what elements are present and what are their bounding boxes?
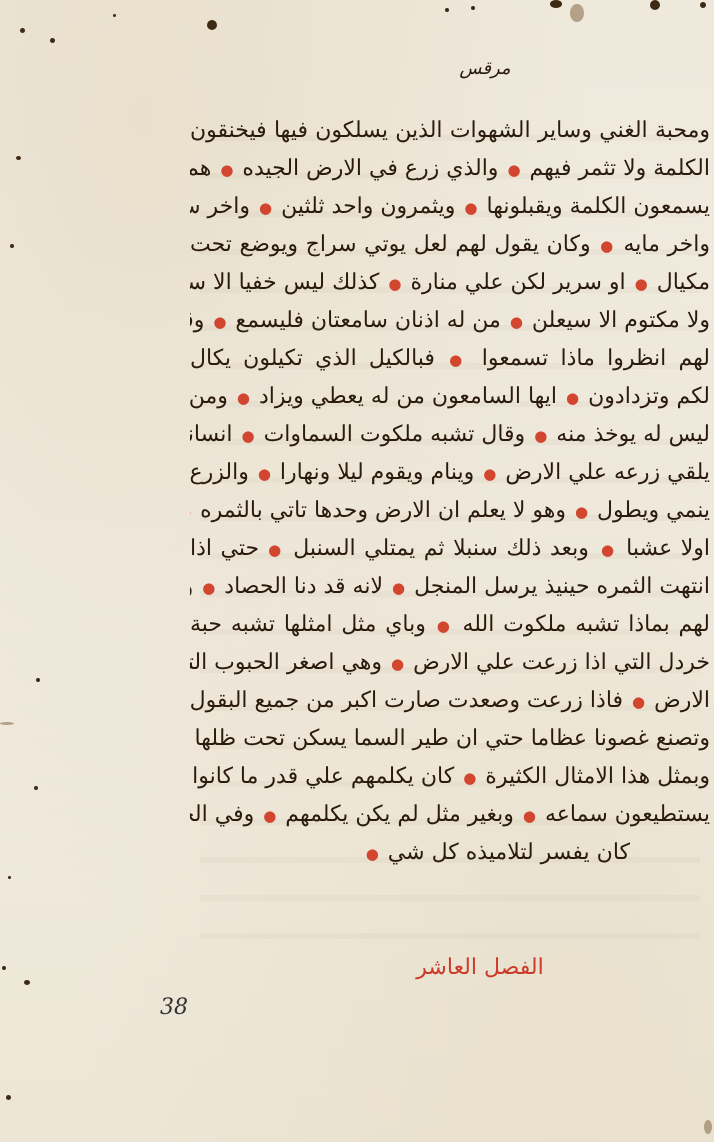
verse-separator-dot: ● <box>218 161 235 179</box>
folio-number: 38 <box>160 995 188 1020</box>
verse-separator-dot: ● <box>462 199 479 217</box>
verse-separator-dot: ● <box>573 503 590 521</box>
ink-speck <box>24 980 30 985</box>
verse-separator-dot: ● <box>442 351 470 369</box>
text-line: وتصنع غصونا عظاما حتي ان طير السما يسكن … <box>190 720 710 758</box>
catchword: مرقس <box>440 58 530 79</box>
manuscript-page: مرقس ومحبة الغني وساير الشهوات الذين يسل… <box>0 0 714 1142</box>
verse-separator-dot: ● <box>386 275 403 293</box>
ink-speck <box>20 28 25 33</box>
ink-speck <box>113 14 116 17</box>
verse-separator-dot: ● <box>390 579 407 597</box>
verse-separator-dot: ● <box>240 427 257 445</box>
text-line: وبمثل هذا الامثال الكثيرة ● كان يكلمهم ع… <box>190 758 710 796</box>
ink-speck <box>8 876 11 879</box>
ink-speck <box>50 38 55 43</box>
verse-separator-dot: ● <box>256 465 273 483</box>
text-line: يسمعون الكلمة ويقبلونها ● ويثمرون واحد ث… <box>190 188 710 226</box>
verse-separator-dot: ● <box>461 769 478 787</box>
paper-stain <box>570 4 584 22</box>
ink-speck <box>16 156 21 160</box>
ink-speck <box>471 6 475 10</box>
verse-separator-dot: ● <box>266 541 285 559</box>
ink-speck <box>550 0 562 8</box>
ink-speck <box>34 786 38 790</box>
ink-speck <box>2 966 6 970</box>
text-line: اولا عشبا ● وبعد ذلك سنبلا ثم يمتلي السن… <box>190 530 710 568</box>
text-line: يلقي زرعه علي الارض ● وينام ويقوم ليلا و… <box>190 454 710 492</box>
ink-speck <box>10 244 14 248</box>
verse-separator-dot: ● <box>633 275 650 293</box>
ink-speck <box>36 678 40 682</box>
text-line: ومحبة الغني وساير الشهوات الذين يسلكون ف… <box>190 112 710 150</box>
text-line: خردل التي اذا زرعت علي الارض ● وهي اصغر … <box>190 644 710 682</box>
ink-speck <box>207 20 217 30</box>
text-line: الكلمة ولا تثمر فيهم ● والذي زرع في الار… <box>190 150 710 188</box>
verse-separator-dot: ● <box>521 807 538 825</box>
verse-separator-dot: ● <box>505 161 522 179</box>
verse-separator-dot: ● <box>564 389 581 407</box>
verse-separator-dot: ● <box>364 845 381 863</box>
verse-separator-dot: ● <box>389 655 406 673</box>
chapter-heading: الفصل العاشر <box>380 955 580 980</box>
verse-separator-dot: ● <box>211 313 228 331</box>
manuscript-body: ومحبة الغني وساير الشهوات الذين يسلكون ف… <box>190 112 710 872</box>
verse-separator-dot: ● <box>481 465 498 483</box>
text-line: مكيال ● او سرير لكن علي منارة ● كذلك ليس… <box>190 264 710 302</box>
ink-speck <box>700 2 706 8</box>
verse-separator-dot: ● <box>433 617 454 635</box>
verse-separator-dot: ● <box>261 807 278 825</box>
verse-separator-dot: ● <box>235 389 252 407</box>
text-line: ولا مكتوم الا سيعلن ● من له اذنان سامعتا… <box>190 302 710 340</box>
ink-speck <box>650 0 660 10</box>
text-line: ينمي ويطول ● وهو لا يعلم ان الارض وحدها … <box>190 492 710 530</box>
verse-separator-dot: ● <box>190 503 193 521</box>
verse-separator-dot: ● <box>508 313 525 331</box>
text-line: كان يفسر لتلاميذه كل شي ● <box>190 834 710 872</box>
verse-separator-dot: ● <box>200 579 217 597</box>
verse-separator-dot: ● <box>257 199 274 217</box>
verse-separator-dot: ● <box>598 237 616 255</box>
text-line: واخر مايه ● وكان يقول لهم لعل يوتي سراج … <box>190 226 710 264</box>
text-line: لهم بماذا تشبه ملكوت الله ● وباي مثل امث… <box>190 606 710 644</box>
text-line: ليس له يوخذ منه ● وقال تشبه ملكوت السماو… <box>190 416 710 454</box>
verse-separator-dot: ● <box>630 693 647 711</box>
verse-separator-dot: ● <box>597 541 617 559</box>
text-line: الارض ● فاذا زرعت وصعدت صارت اكبر من جمي… <box>190 682 710 720</box>
paper-stain <box>0 722 14 725</box>
text-line: انتهت الثمره حينيذ يرسل المنجل ● لانه قد… <box>190 568 710 606</box>
verse-separator-dot: ● <box>532 427 549 445</box>
paper-stain <box>704 1120 712 1134</box>
text-line: لكم وتزدادون ● ايها السامعون من له يعطي … <box>190 378 710 416</box>
ink-speck <box>6 1095 11 1100</box>
text-line: يستطيعون سماعه ● وبغير مثل لم يكن يكلمهم… <box>190 796 710 834</box>
text-line: لهم انظروا ماذا تسمعوا ● فبالكيل الذي تك… <box>190 340 710 378</box>
ink-speck <box>445 8 449 12</box>
